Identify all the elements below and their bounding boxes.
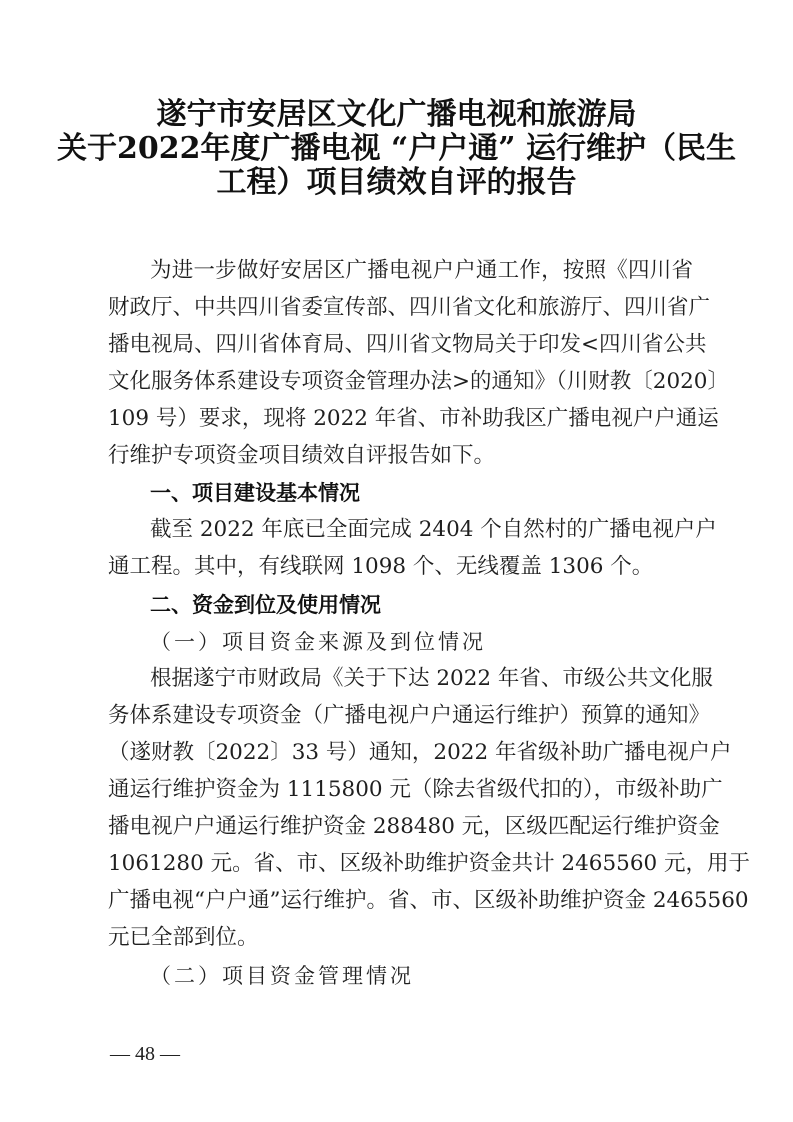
section-2-1-line-4: 通运行维护资金为 1115800 元（除去省级代扣的），市级补助广: [108, 777, 693, 803]
intro-line-2: 财政厅、中共四川省委宣传部、四川省文化和旅游厅、四川省广: [108, 295, 693, 321]
document-page: 遂宁市安居区文化广播电视和旅游局 关于2022年度广播电视 “户户通” 运行维护…: [0, 0, 793, 1122]
section-1-heading: 一、项目建设基本情况: [150, 480, 360, 506]
section-2-1-line-7: 广播电视“户户通”运行维护。省、市、区级补助维护资金 2465560: [108, 888, 693, 914]
intro-line-1: 为进一步做好安居区广播电视户户通工作，按照《四川省: [150, 258, 693, 284]
intro-line-6: 行维护专项资金项目绩效自评报告如下。: [108, 443, 693, 469]
section-2-1-line-5: 播电视户户通运行维护资金 288480 元，区级匹配运行维护资金: [108, 814, 693, 840]
title-line-2: 关于2022年度广播电视 “户户通” 运行维护（民生: [0, 132, 793, 166]
section-1-line-1: 截至 2022 年底已全面完成 2404 个自然村的广播电视户户: [150, 517, 693, 543]
page-number: — 48 —: [110, 1042, 180, 1066]
intro-line-5: 109 号）要求，现将 2022 年省、市补助我区广播电视户户通运: [108, 406, 693, 432]
section-2-1-line-8: 元已全部到位。: [108, 925, 693, 951]
title-line-1: 遂宁市安居区文化广播电视和旅游局: [0, 98, 793, 132]
title-line-3: 工程）项目绩效自评的报告: [0, 166, 793, 200]
section-2-1-line-2: 务体系建设专项资金（广播电视户户通运行维护）预算的通知》: [108, 703, 693, 729]
section-1-line-2: 通工程。其中，有线联网 1098 个、无线覆盖 1306 个。: [108, 554, 693, 580]
section-2-1-line-6: 1061280 元。省、市、区级补助维护资金共计 2465560 元，用于: [108, 851, 693, 877]
document-title: 遂宁市安居区文化广播电视和旅游局 关于2022年度广播电视 “户户通” 运行维护…: [0, 98, 793, 200]
section-2-heading: 二、资金到位及使用情况: [150, 592, 381, 618]
section-2-2-heading: （二）项目资金管理情况: [150, 963, 414, 989]
section-2-1-heading: （一）项目资金来源及到位情况: [150, 629, 486, 655]
section-2-1-line-3: （遂财教〔2022〕33 号）通知，2022 年省级补助广播电视户户: [108, 740, 693, 766]
intro-line-4: 文化服务体系建设专项资金管理办法>的通知》（川财教〔2020〕: [108, 369, 693, 395]
intro-line-3: 播电视局、四川省体育局、四川省文物局关于印发<四川省公共: [108, 332, 693, 358]
section-2-1-line-1: 根据遂宁市财政局《关于下达 2022 年省、市级公共文化服: [150, 666, 693, 692]
